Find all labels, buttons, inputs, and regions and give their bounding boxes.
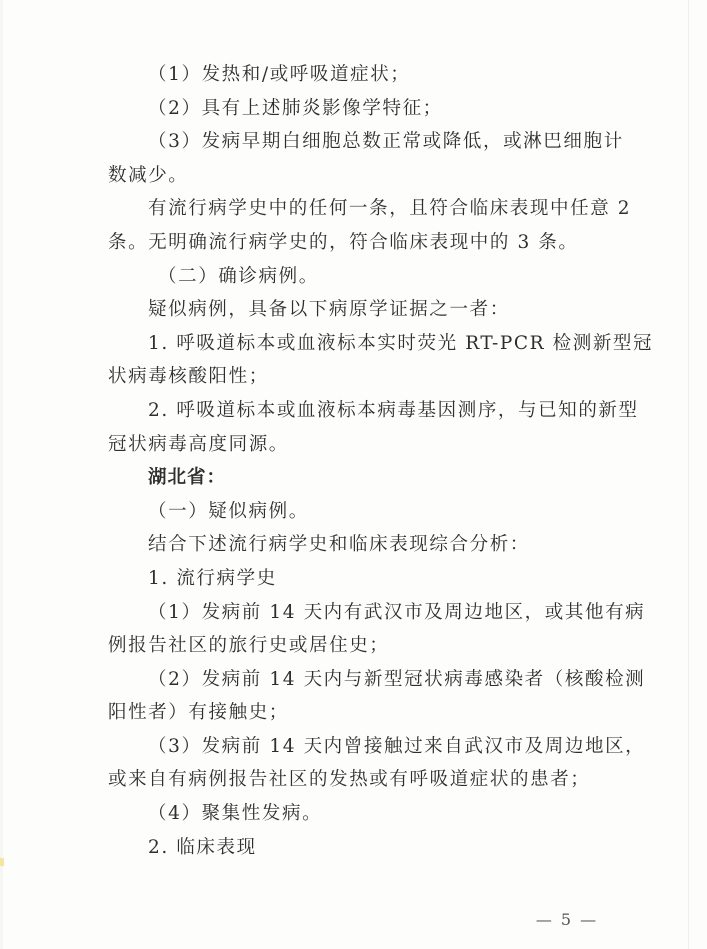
paragraph-line: 结合下述流行病学史和临床表现综合分析： bbox=[108, 528, 608, 562]
paragraph-line: （4）聚集性发病。 bbox=[108, 797, 608, 831]
section-heading-suspected: （一）疑似病例。 bbox=[108, 495, 608, 529]
paragraph-line: 冠状病毒高度同源。 bbox=[108, 428, 608, 462]
paragraph-line: 阳性者）有接触史； bbox=[108, 696, 608, 730]
paragraph-line: （1）发热和/或呼吸道症状； bbox=[108, 58, 608, 92]
scan-left-edge bbox=[0, 0, 3, 949]
paragraph-line: 疑似病例，具备以下病原学证据之一者： bbox=[108, 293, 608, 327]
paragraph-line: 或来自有病例报告社区的发热或有呼吸道症状的患者； bbox=[108, 763, 608, 797]
paragraph-line: 状病毒核酸阳性； bbox=[108, 360, 608, 394]
paragraph-line: （3）发病早期白细胞总数正常或降低，或淋巴细胞计 bbox=[108, 125, 608, 159]
section-heading-hubei: 湖北省： bbox=[108, 461, 608, 495]
paragraph-line: （3）发病前 14 天内曾接触过来自武汉市及周边地区， bbox=[108, 730, 608, 764]
page-number: — 5 — bbox=[530, 908, 604, 932]
scan-artifact-mark bbox=[0, 858, 4, 866]
paragraph-line: 1. 呼吸道标本或血液标本实时荧光 RT-PCR 检测新型冠 bbox=[108, 327, 608, 361]
paragraph-line: 数减少。 bbox=[108, 159, 608, 193]
paragraph-line: 条。无明确流行病学史的，符合临床表现中的 3 条。 bbox=[108, 226, 608, 260]
paragraph-line: （2）具有上述肺炎影像学特征； bbox=[108, 92, 608, 126]
paragraph-line: （1）发病前 14 天内有武汉市及周边地区，或其他有病 bbox=[108, 596, 608, 630]
scan-right-edge bbox=[688, 0, 689, 949]
subsection-epidemiology: 1. 流行病学史 bbox=[108, 562, 608, 596]
paragraph-line: 有流行病学史中的任何一条，且符合临床表现中任意 2 bbox=[108, 192, 608, 226]
paragraph-line: （2）发病前 14 天内与新型冠状病毒感染者（核酸检测 bbox=[108, 663, 608, 697]
section-heading-confirmed: （二）确诊病例。 bbox=[108, 260, 608, 294]
subsection-clinical: 2. 临床表现 bbox=[108, 831, 608, 865]
document-body: （1）发热和/或呼吸道症状； （2）具有上述肺炎影像学特征； （3）发病早期白细… bbox=[108, 58, 608, 864]
paragraph-line: 例报告社区的旅行史或居住史； bbox=[108, 629, 608, 663]
paragraph-line: 2. 呼吸道标本或血液标本病毒基因测序，与已知的新型 bbox=[108, 394, 608, 428]
